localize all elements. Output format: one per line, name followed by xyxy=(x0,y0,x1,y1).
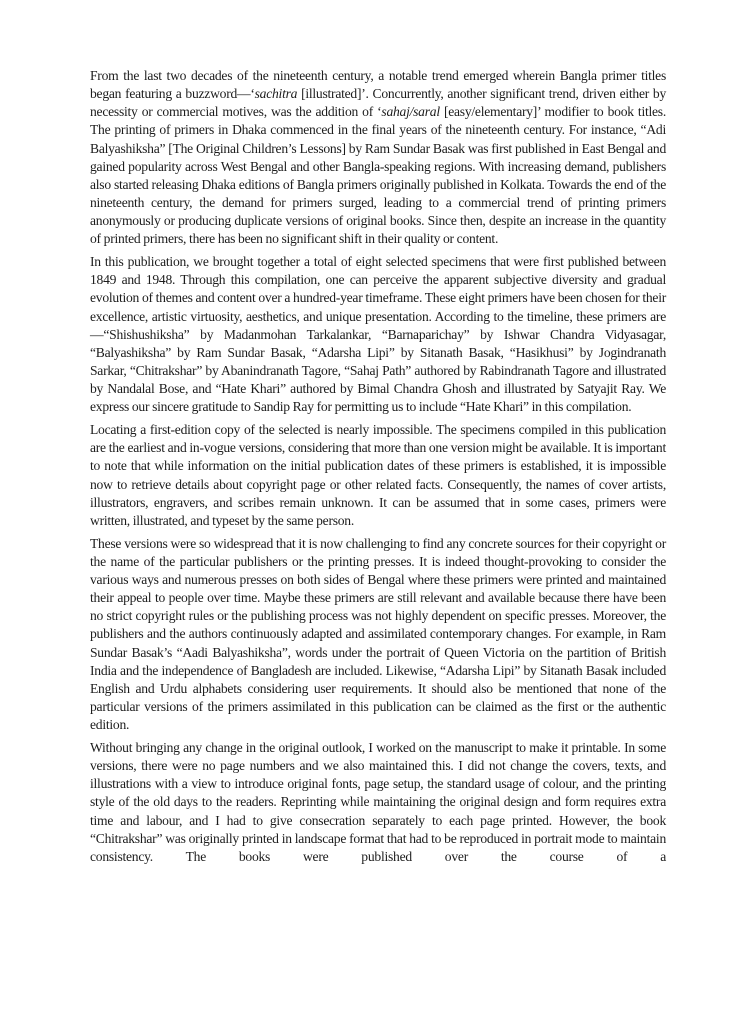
term-sahaj-saral: sahaj/saral xyxy=(381,104,439,119)
paragraph-5-text: Without bringing any change in the origi… xyxy=(90,740,666,864)
paragraph-5: Without bringing any change in the origi… xyxy=(90,739,666,866)
document-page: From the last two decades of the ninetee… xyxy=(90,67,666,871)
paragraph-4-text: These versions were so widespread that i… xyxy=(90,536,666,733)
paragraph-1: From the last two decades of the ninetee… xyxy=(90,67,666,249)
paragraph-4: These versions were so widespread that i… xyxy=(90,535,666,735)
paragraph-2-text: In this publication, we brought together… xyxy=(90,254,666,414)
paragraph-2: In this publication, we brought together… xyxy=(90,253,666,416)
paragraph-1-text-c: [easy/elementary]’ modifier to book titl… xyxy=(90,104,666,246)
paragraph-3: Locating a first-edition copy of the sel… xyxy=(90,421,666,530)
term-sachitra: sachitra xyxy=(255,86,298,101)
paragraph-3-text: Locating a first-edition copy of the sel… xyxy=(90,422,666,528)
